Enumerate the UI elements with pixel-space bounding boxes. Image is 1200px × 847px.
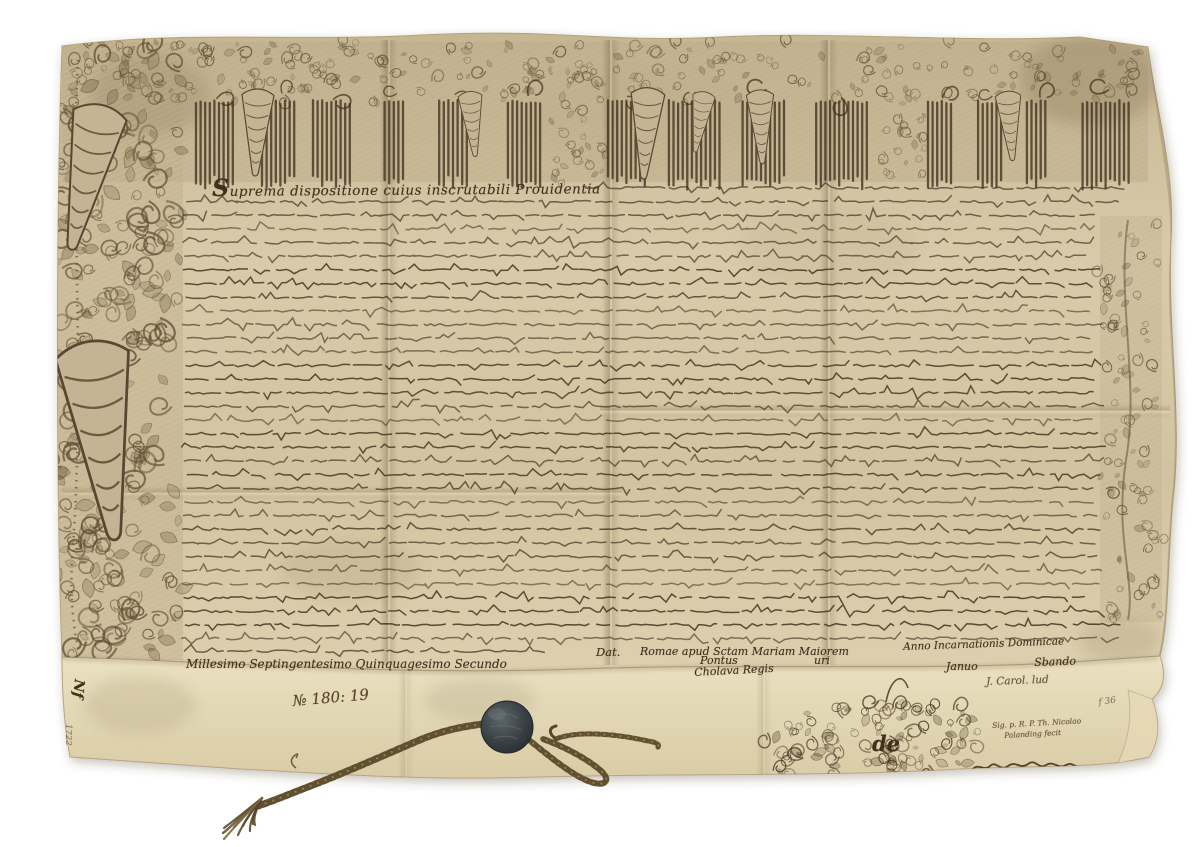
closing-line: Millesimo Septingentesimo Quinquagesimo …	[186, 658, 507, 670]
datum-januo: Januo	[946, 661, 978, 672]
cord-tassel	[223, 798, 262, 839]
plica-signature: J. Carol. lud	[986, 675, 1049, 688]
datum-sbando: Sbando	[1034, 656, 1076, 668]
edge-mark: 1722	[64, 724, 73, 746]
particle-de: de	[872, 733, 900, 754]
lead-seal	[481, 701, 533, 753]
opening-line: Suprema dispositione cuius inscrutabili …	[212, 174, 601, 200]
datum-word: Dat.	[596, 647, 620, 659]
plica-left-mark: Nf	[70, 679, 86, 699]
datum-nostri: uri	[814, 655, 830, 666]
manuscript-photo: Suprema dispositione cuius inscrutabili …	[0, 0, 1200, 847]
